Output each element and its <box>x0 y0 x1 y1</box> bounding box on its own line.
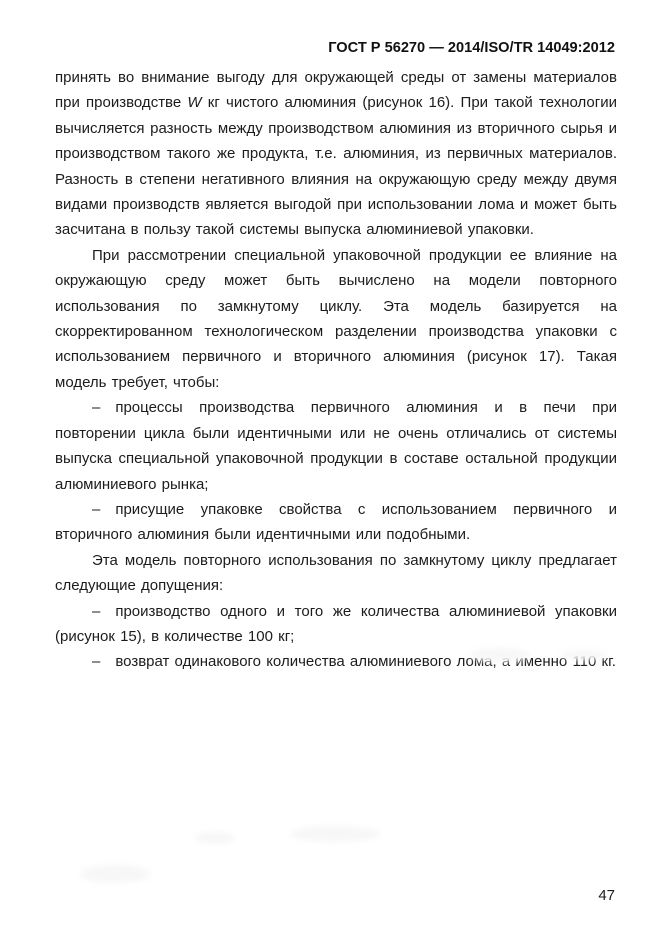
text-segment: Эта модель повторного использования по з… <box>55 552 617 594</box>
list-item: –возврат одинакового количества алюминие… <box>55 649 617 674</box>
text-segment: При рассмотрении специальной упаковочной… <box>55 247 617 391</box>
list-dash-marker: – <box>92 603 100 620</box>
document-header: ГОСТ Р 56270 — 2014/ISO/TR 14049:2012 <box>328 40 615 56</box>
list-item: –присущие упаковке свойства с использова… <box>55 497 617 548</box>
list-dash-marker: – <box>92 501 100 518</box>
scan-artifact <box>195 832 235 844</box>
scan-artifact <box>290 826 380 842</box>
scan-artifact <box>560 650 608 660</box>
list-item: –производство одного и того же количеств… <box>55 599 617 650</box>
paragraph: При рассмотрении специальной упаковочной… <box>55 243 617 395</box>
text-segment: производство одного и того же количества… <box>55 603 617 645</box>
list-item: –процессы производства первичного алюмин… <box>55 395 617 497</box>
variable-symbol: W <box>187 94 201 111</box>
paragraph: принять во внимание выгоду для окружающе… <box>55 65 617 243</box>
text-segment: кг чистого алюминия (рисунок 16). При та… <box>55 94 617 238</box>
text-segment: процессы производства первичного алюмини… <box>55 399 617 492</box>
list-dash-marker: – <box>92 653 100 670</box>
scan-artifact <box>80 865 150 883</box>
document-page: ГОСТ Р 56270 — 2014/ISO/TR 14049:2012 пр… <box>0 0 662 935</box>
text-segment: присущие упаковке свойства с использован… <box>55 501 617 543</box>
scan-artifact <box>470 648 530 662</box>
list-dash-marker: – <box>92 399 100 416</box>
page-number: 47 <box>598 887 615 904</box>
text-segment: возврат одинакового количества алюминиев… <box>115 653 616 670</box>
paragraph: Эта модель повторного использования по з… <box>55 548 617 599</box>
text-blocks: принять во внимание выгоду для окружающе… <box>55 65 617 675</box>
